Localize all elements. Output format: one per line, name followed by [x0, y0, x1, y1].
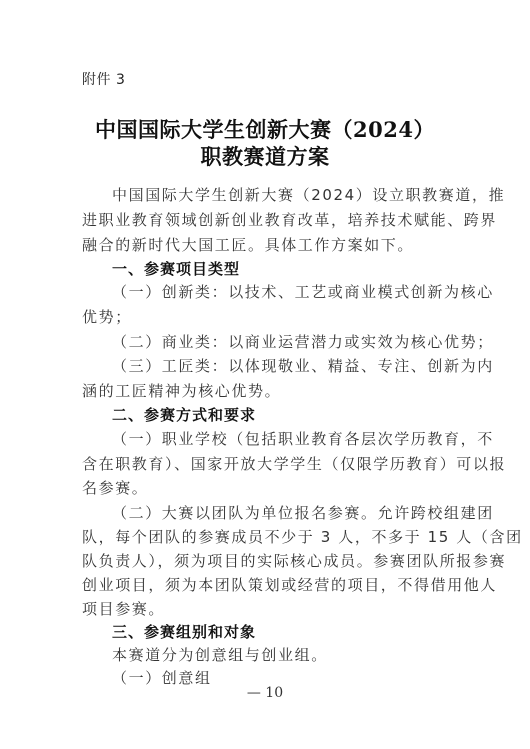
- section-heading: 三、参赛组别和对象: [112, 620, 256, 644]
- paragraph-line: 名参赛。: [82, 476, 148, 500]
- paragraph-line: 进职业教育领域创新创业教育改革，培养技术赋能、跨界: [82, 208, 497, 232]
- paragraph-line: 项目参赛。: [82, 597, 165, 621]
- section-heading: 一、参赛项目类型: [112, 257, 240, 281]
- paragraph-line: 涵的工匠精神为核心优势。: [82, 379, 281, 403]
- paragraph-line: 队，每个团队的参赛成员不少于 3 人，不多于 15 人（含团: [82, 525, 523, 549]
- paragraph-line: （二）商业类：以商业运营潜力或实效为核心优势；: [112, 330, 494, 354]
- document-page: 附件 3 中国国际大学生创新大赛（2024） 职教赛道方案 中国国际大学生创新大…: [0, 0, 530, 749]
- page-number: — 10: [0, 685, 530, 701]
- document-title-line2: 职教赛道方案: [0, 141, 530, 171]
- paragraph-line: （一）创新类：以技术、工艺或商业模式创新为核心: [112, 280, 494, 304]
- paragraph-line: 含在职教育）、国家开放大学学生（仅限学历教育）可以报: [82, 452, 506, 476]
- paragraph-line: 创业项目，须为本团队策划或经营的项目，不得借用他人: [82, 573, 497, 597]
- paragraph-line: 本赛道分为创意组与创业组。: [112, 643, 328, 667]
- paragraph-line: （三）工匠类：以体现敬业、精益、专注、创新为内: [112, 354, 494, 378]
- paragraph-line: 优势；: [82, 305, 132, 329]
- paragraph-line: 队负责人），须为项目的实际核心成员。参赛团队所报参赛: [82, 549, 506, 573]
- paragraph-line: （二）大赛以团队为单位报名参赛。允许跨校组建团: [112, 501, 494, 525]
- paragraph-line: 中国国际大学生创新大赛（2024）设立职教赛道，推: [112, 183, 505, 207]
- paragraph-line: 融合的新时代大国工匠。具体工作方案如下。: [82, 233, 414, 257]
- section-heading: 二、参赛方式和要求: [112, 403, 256, 427]
- paragraph-line: （一）职业学校（包括职业教育各层次学历教育，不: [112, 427, 494, 451]
- attachment-label: 附件 3: [82, 69, 125, 89]
- document-title-line1: 中国国际大学生创新大赛（2024）: [0, 114, 530, 144]
